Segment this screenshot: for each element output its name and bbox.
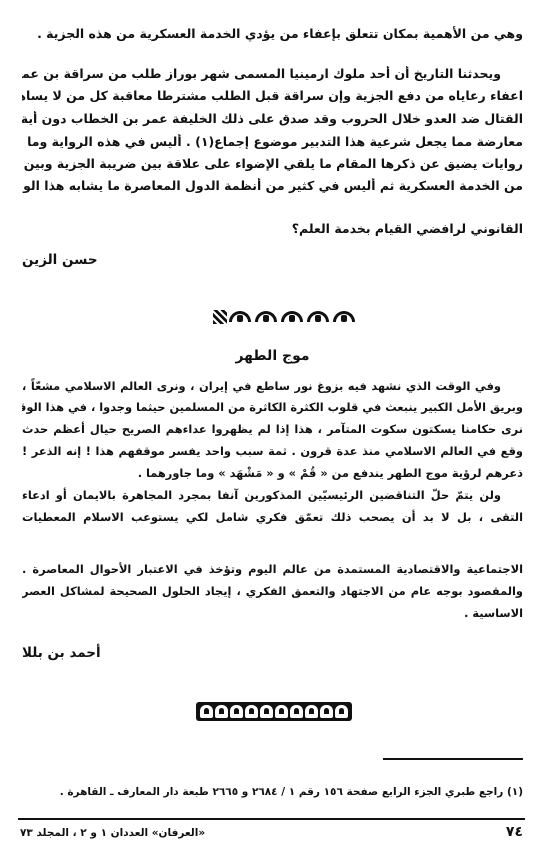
document-page: وهي من الأهمية بمكان تتعلق بإعفاء من يؤد… bbox=[0, 0, 545, 860]
ornament-arch-icon bbox=[253, 310, 279, 324]
ornament-end-icon bbox=[213, 310, 227, 324]
ornament-motif-icon bbox=[320, 705, 333, 718]
ornament-motif-icon bbox=[215, 705, 228, 718]
ornament-divider-bottom bbox=[196, 702, 352, 721]
paragraph-line: اعفاء رعاياه من دفع الجزية وإن سراقة قبل… bbox=[22, 88, 523, 104]
paragraph-line: روايات يضيق عن ذكرها المقام ما يلقي الإض… bbox=[22, 156, 523, 172]
footnote-text: (١) راجع طبري الجزء الرابع صفحة ١٥٦ رقم … bbox=[60, 786, 523, 798]
ornament-motif-icon bbox=[335, 705, 348, 718]
paragraph-line: وفي الوقت الذي نشهد فيه بزوغ نور ساطع في… bbox=[22, 378, 523, 394]
ornament-motif-icon bbox=[275, 705, 288, 718]
ornament-arch-icon bbox=[305, 310, 331, 324]
footnote-separator bbox=[383, 758, 523, 760]
paragraph-line: القانوني لرافضي القيام بخدمة العلم؟ bbox=[22, 221, 523, 237]
ornament-arch-icon bbox=[331, 310, 357, 324]
paragraph-line: معارضة مما يجعل شرعية هذا التدبير موضوع … bbox=[22, 134, 523, 150]
paragraph-line: ذعرهم لرؤية موج الطهر يندفع من « قُمْ » … bbox=[22, 465, 523, 481]
article-title: موج الطهر bbox=[0, 348, 545, 364]
paragraph-line: الاساسية . bbox=[22, 605, 523, 621]
paragraph-line: وقع في العالم الاسلامي منذ عدة قرون . ثم… bbox=[22, 443, 523, 459]
paragraph-line: ويحدثنا التاريخ أن أحد ملوك ارمينيا المس… bbox=[22, 66, 523, 82]
page-number: ٧٤ bbox=[506, 824, 523, 840]
paragraph-line: وهي من الأهمية بمكان تتعلق بإعفاء من يؤد… bbox=[22, 26, 523, 42]
ornament-motif-icon bbox=[260, 705, 273, 718]
paragraph-line: من الخدمة العسكرية ثم أليس في كثير من أن… bbox=[22, 178, 523, 194]
author-signature: أحمد بن بللا bbox=[22, 645, 101, 661]
author-signature: حسن الزين bbox=[22, 252, 98, 268]
paragraph-line: ولن يتمّ حلّ التناقضين الرئيسيّين المذكو… bbox=[22, 487, 523, 503]
ornament-motif-icon bbox=[245, 705, 258, 718]
ornament-motif-icon bbox=[200, 705, 213, 718]
paragraph-line: وبريق الأمل الكبير ينبعث في قلوب الكثرة … bbox=[22, 399, 523, 415]
ornament-arch-icon bbox=[227, 310, 253, 324]
footer-rule bbox=[18, 818, 525, 820]
paragraph-line: الاجتماعية والاقتصادية المستمدة من عالم … bbox=[22, 561, 523, 577]
paragraph-line: القتال ضد العدو خلال الحروب وقد صدق على … bbox=[22, 111, 523, 127]
running-footer-title: «العرفان» العددان ١ و ٢ ، المجلد ٧٣ bbox=[20, 827, 205, 839]
ornament-motif-icon bbox=[290, 705, 303, 718]
paragraph-line: نرى حكامنا يسكتون سكوت المتآمر ، هذا إذا… bbox=[22, 421, 523, 437]
paragraph-line: التقى ، بل لا بد أن يصحب ذلك تعمّق فكري … bbox=[22, 509, 523, 525]
paragraph-line: والمقصود بوجه عام من الاجتهاد والتعمق ال… bbox=[22, 583, 523, 599]
ornament-motif-icon bbox=[230, 705, 243, 718]
ornament-divider-top bbox=[205, 307, 365, 327]
ornament-arch-icon bbox=[279, 310, 305, 324]
ornament-motif-icon bbox=[305, 705, 318, 718]
